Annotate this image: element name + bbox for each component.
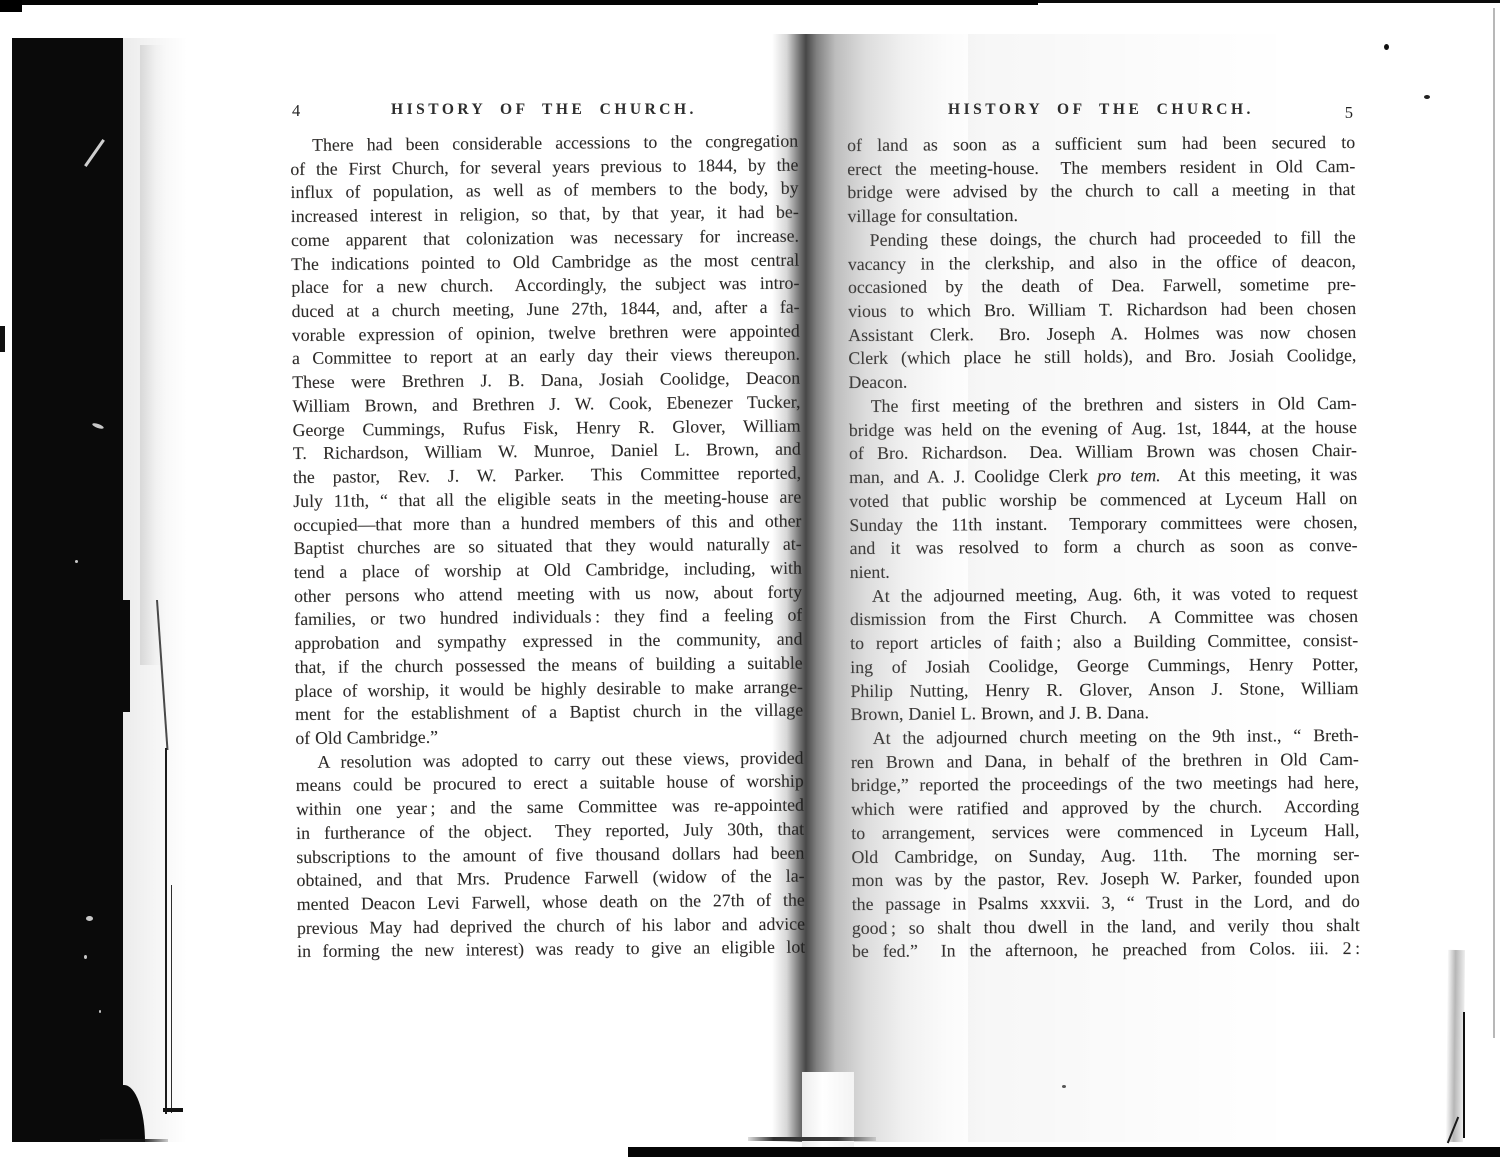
scan-edge-tick xyxy=(0,326,5,352)
scan-gutter-bottom-line xyxy=(748,1137,876,1141)
scan-black-band-bump xyxy=(123,600,130,712)
scan-gray-streak xyxy=(140,45,166,665)
scan-speck xyxy=(84,955,87,959)
scan-right-page-tint xyxy=(968,34,1404,1142)
left-running-title: HISTORY OF THE CHURCH. xyxy=(290,101,798,119)
paragraph: A resolution was adopted to carry out th… xyxy=(295,746,805,964)
scan-right-edge-line xyxy=(1463,1012,1465,1138)
left-page-text-block: There had been considerable accessions t… xyxy=(290,130,805,965)
scan-gutter-shadow xyxy=(772,34,984,1142)
scan-top-edge-bar xyxy=(0,0,1038,5)
text-line: in forming the new interest) was ready t… xyxy=(297,936,805,964)
scan-dot xyxy=(1062,1085,1066,1088)
left-page-number: 4 xyxy=(292,101,300,121)
scan-right-edge-faint-line xyxy=(1493,8,1495,1038)
scan-black-edge-band xyxy=(12,38,123,1142)
scan-speck xyxy=(86,916,93,921)
scan-bottom-edge-bar xyxy=(628,1147,1500,1157)
scan-hairline-foot xyxy=(163,1108,183,1112)
scan-dot xyxy=(1424,95,1430,99)
scan-black-band-bottom-line xyxy=(100,1139,168,1142)
paragraph: There had been considerable accessions t… xyxy=(290,130,803,751)
scanned-book-spread: 4 HISTORY OF THE CHURCH. There had been … xyxy=(0,0,1500,1157)
scan-speck xyxy=(99,1010,101,1013)
scan-hairline xyxy=(165,748,167,1114)
text-line: ment for the establishment of a Baptist … xyxy=(295,699,803,727)
scan-hairline xyxy=(171,885,173,1113)
scan-corner-patch xyxy=(0,0,22,12)
left-page: 4 HISTORY OF THE CHURCH. There had been … xyxy=(290,0,798,1157)
left-page-header: 4 HISTORY OF THE CHURCH. xyxy=(290,101,798,123)
scan-speck xyxy=(75,560,78,563)
scan-dot xyxy=(1384,44,1389,50)
